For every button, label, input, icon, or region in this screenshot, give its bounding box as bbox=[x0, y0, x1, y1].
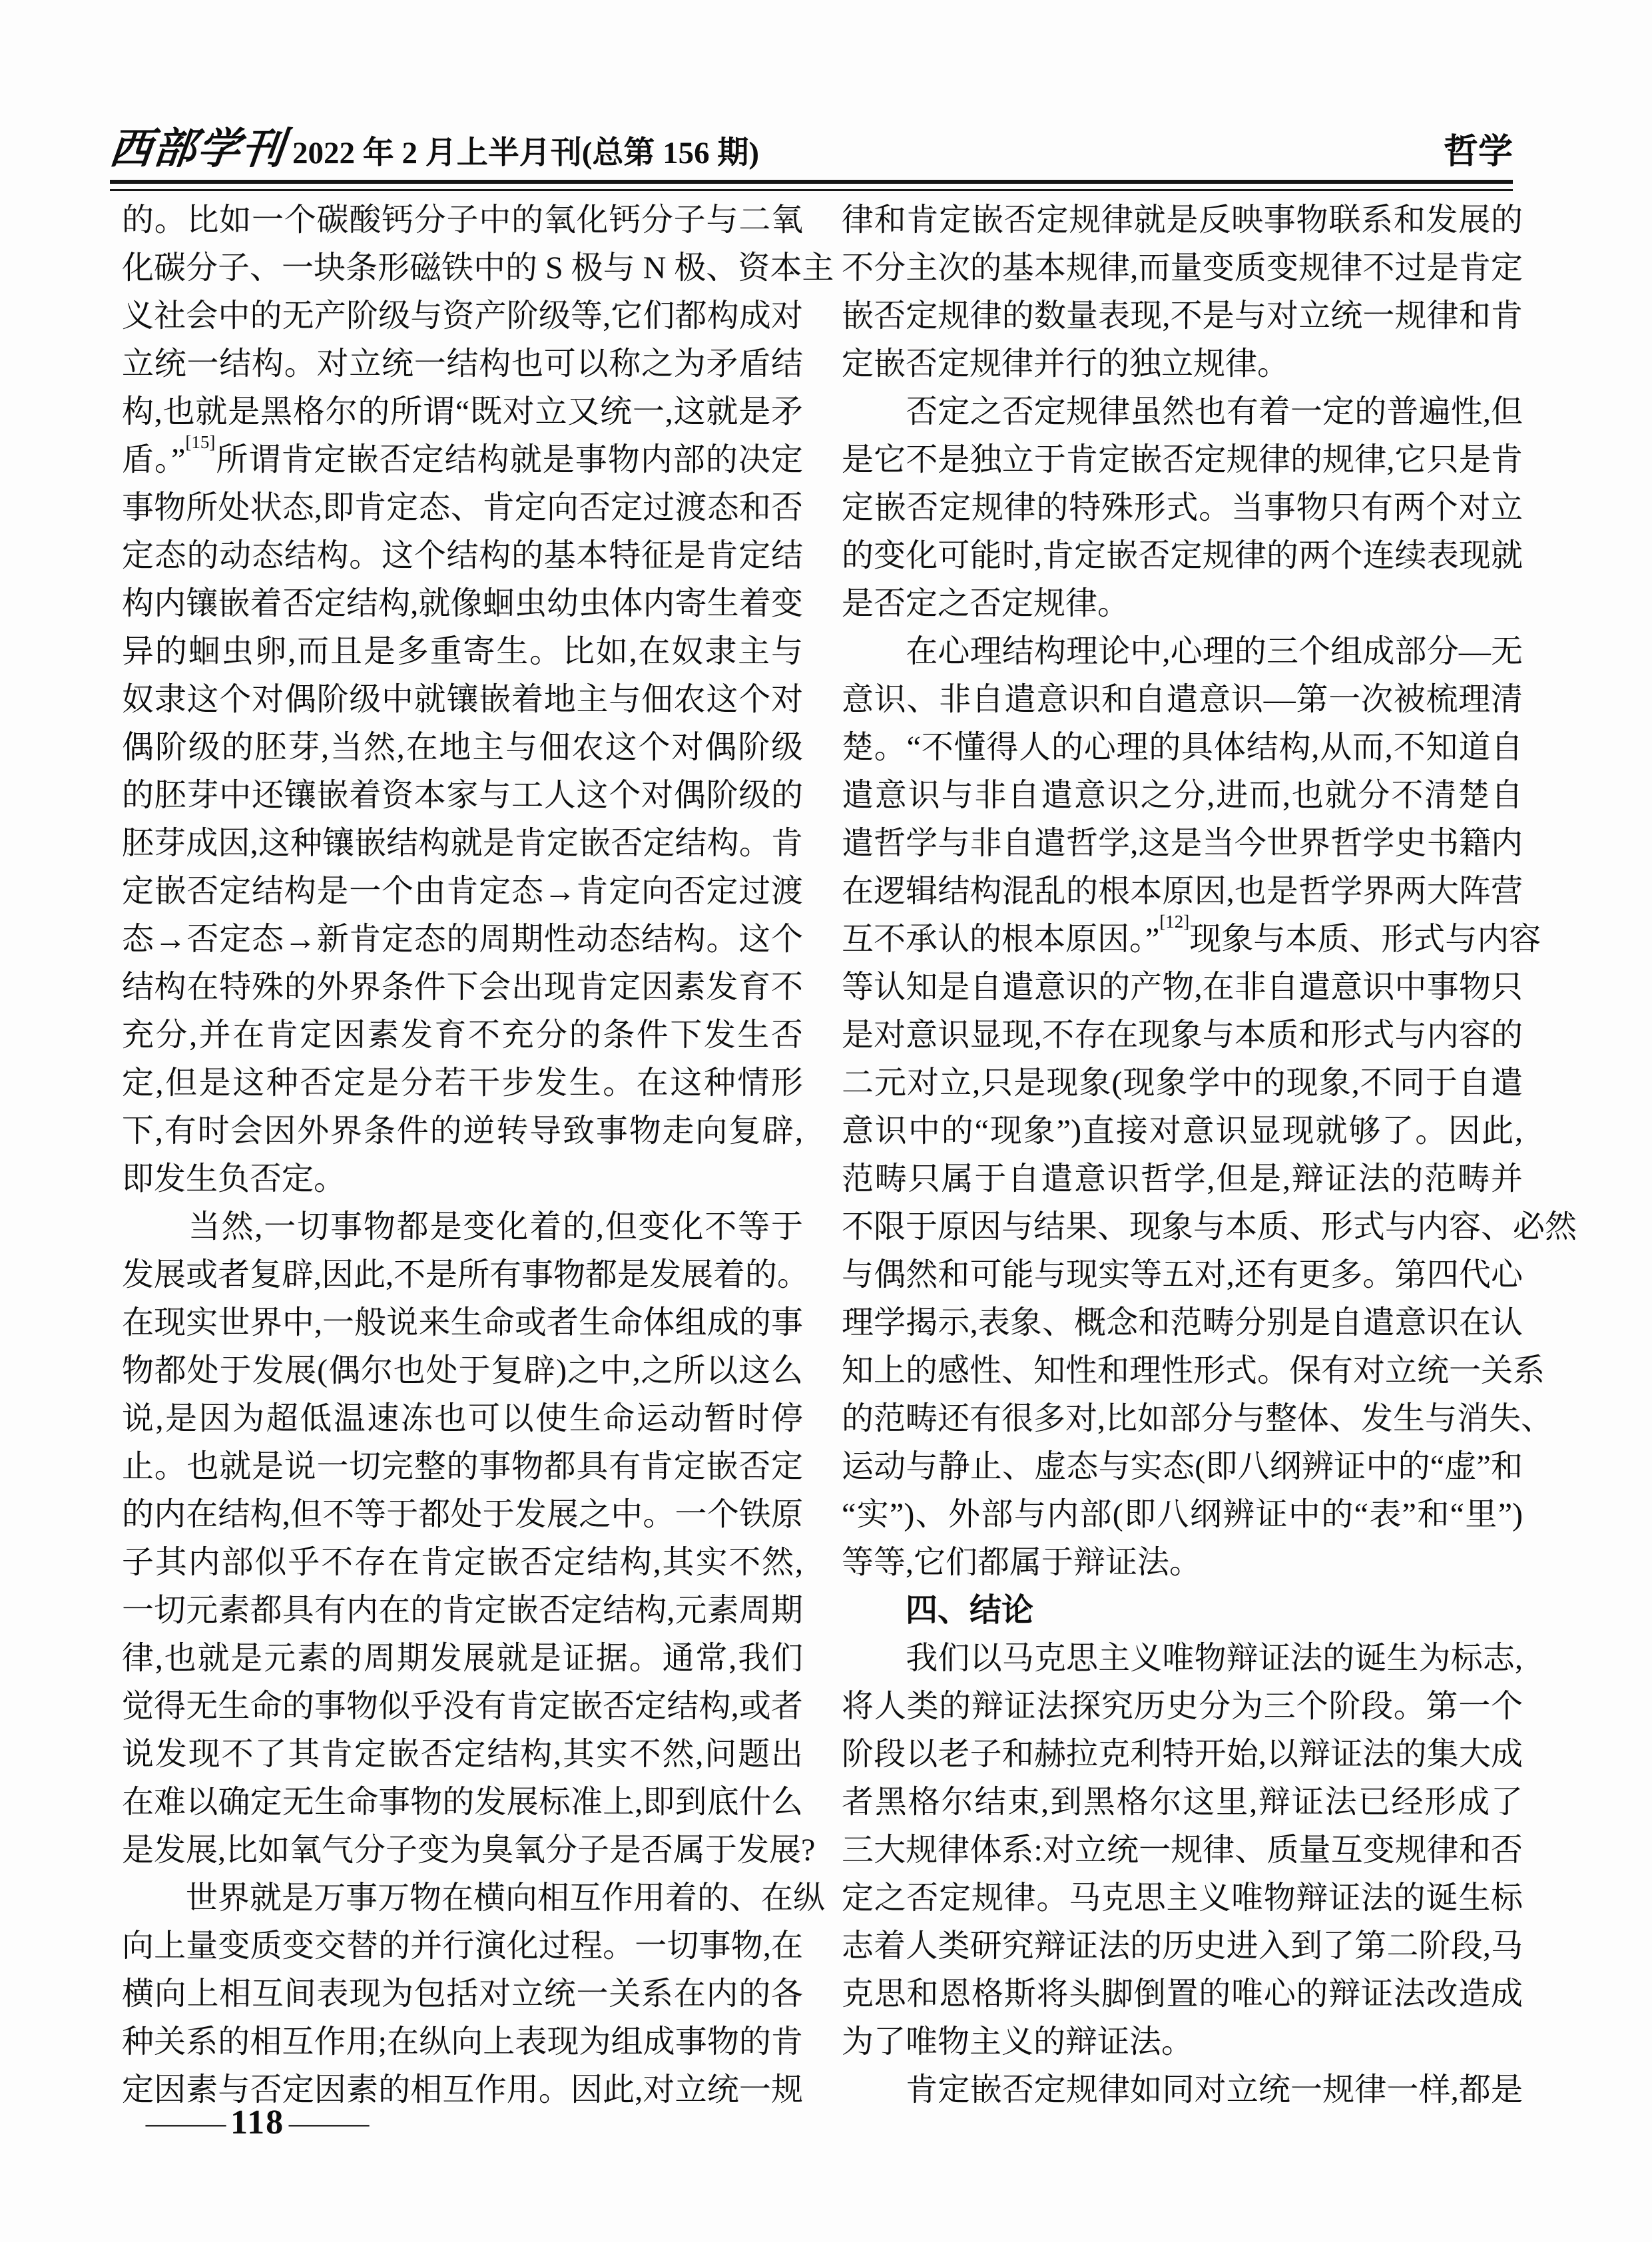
text-line: 子其内部似乎不存在肯定嵌否定结构,其实不然, bbox=[122, 1539, 803, 1587]
text-line: 克思和恩格斯将头脚倒置的唯心的辩证法改造成 bbox=[842, 1970, 1523, 2018]
section-heading: 四、结论 bbox=[842, 1587, 1523, 1635]
text-line: 不限于原因与结果、现象与本质、形式与内容、必然 bbox=[842, 1203, 1523, 1251]
text-line: 等认知是自遣意识的产物,在非自遣意识中事物只 bbox=[842, 964, 1523, 1011]
text-line: 的范畴还有很多对,比如部分与整体、发生与消失、 bbox=[842, 1395, 1523, 1443]
text-line: 定态的动态结构。这个结构的基本特征是肯定结 bbox=[122, 532, 803, 580]
text-line: 楚。“不懂得人的心理的具体结构,从而,不知道自 bbox=[842, 724, 1523, 772]
text-line: 等等,它们都属于辩证法。 bbox=[842, 1539, 1523, 1587]
footer-dash-left: — bbox=[146, 2105, 226, 2140]
header-divider bbox=[110, 180, 1513, 191]
text-line: 律和肯定嵌否定规律就是反映事物联系和发展的 bbox=[842, 196, 1523, 244]
text-line: 二元对立,只是现象(现象学中的现象,不同于自遣 bbox=[842, 1059, 1523, 1107]
text-line: 嵌否定规律的数量表现,不是与对立统一规律和肯 bbox=[842, 292, 1523, 340]
text-line: 胚芽成因,这种镶嵌结构就是肯定嵌否定结构。肯 bbox=[122, 820, 803, 868]
text-line: 运动与静止、虚态与实态(即八纲辨证中的“虚”和 bbox=[842, 1443, 1523, 1491]
text-line: 一切元素都具有内在的肯定嵌否定结构,元素周期 bbox=[122, 1587, 803, 1635]
text-line: 的。比如一个碳酸钙分子中的氧化钙分子与二氧 bbox=[122, 196, 803, 244]
text-line: 阶段以老子和赫拉克利特开始,以辩证法的集大成 bbox=[842, 1731, 1523, 1779]
text-line: 奴隶这个对偶阶级中就镶嵌着地主与佃农这个对 bbox=[122, 676, 803, 724]
citation-reference: [12] bbox=[1159, 912, 1189, 932]
text-line: 偶阶级的胚芽,当然,在地主与佃农这个对偶阶级 bbox=[122, 724, 803, 772]
text-line: 律,也就是元素的周期发展就是证据。通常,我们 bbox=[122, 1635, 803, 1683]
text-line: 世界就是万事万物在横向相互作用着的、在纵 bbox=[122, 1874, 803, 1922]
text-segment: 现象与本质、形式与内容 bbox=[1189, 922, 1541, 957]
text-line: 理学揭示,表象、概念和范畴分别是自遣意识在认 bbox=[842, 1299, 1523, 1347]
page-footer: — 118 — bbox=[141, 2099, 374, 2145]
text-line: 是否定之否定规律。 bbox=[842, 580, 1523, 628]
text-line: 是发展,比如氧气分子变为臭氧分子是否属于发展? bbox=[122, 1826, 803, 1874]
page-number: 118 bbox=[230, 2103, 284, 2142]
text-line: 是对意识显现,不存在现象与本质和形式与内容的 bbox=[842, 1011, 1523, 1059]
text-line: 互不承认的根本原因。”[12]现象与本质、形式与内容 bbox=[842, 916, 1523, 964]
section-label: 哲学 bbox=[1444, 123, 1513, 173]
text-line: 义社会中的无产阶级与资产阶级等,它们都构成对 bbox=[122, 292, 803, 340]
text-line: 遣意识与非自遣意识之分,进而,也就分不清楚自 bbox=[842, 772, 1523, 820]
text-line: 在难以确定无生命事物的发展标准上,即到底什么 bbox=[122, 1779, 803, 1826]
text-segment: 互不承认的根本原因。” bbox=[842, 922, 1159, 957]
text-line: 在现实世界中,一般说来生命或者生命体组成的事 bbox=[122, 1299, 803, 1347]
text-line: 说发现不了其肯定嵌否定结构,其实不然,问题出 bbox=[122, 1731, 803, 1779]
text-line: 是它不是独立于肯定嵌否定规律的规律,它只是肯 bbox=[842, 436, 1523, 484]
text-line: 的内在结构,但不等于都处于发展之中。一个铁原 bbox=[122, 1491, 803, 1539]
text-line: 当然,一切事物都是变化着的,但变化不等于 bbox=[122, 1203, 803, 1251]
text-line: 志着人类研究辩证法的历史进入到了第二阶段,马 bbox=[842, 1922, 1523, 1970]
text-line: 下,有时会因外界条件的逆转导致事物走向复辟, bbox=[122, 1107, 803, 1155]
text-line: 盾。”[15]所谓肯定嵌否定结构就是事物内部的决定 bbox=[122, 436, 803, 484]
right-column: 律和肯定嵌否定规律就是反映事物联系和发展的不分主次的基本规律,而量变质变规律不过… bbox=[842, 196, 1523, 2114]
text-line: 不分主次的基本规律,而量变质变规律不过是肯定 bbox=[842, 244, 1523, 292]
text-line: 构内镶嵌着否定结构,就像蛔虫幼虫体内寄生着变 bbox=[122, 580, 803, 628]
text-line: 意识、非自遣意识和自遣意识—第一次被梳理清 bbox=[842, 676, 1523, 724]
left-column: 的。比如一个碳酸钙分子中的氧化钙分子与二氧化碳分子、一块条形磁铁中的 S 极与 … bbox=[122, 196, 803, 2114]
text-line: 定,但是这种否定是分若干步发生。在这种情形 bbox=[122, 1059, 803, 1107]
text-line: 范畴只属于自遣意识哲学,但是,辩证法的范畴并 bbox=[842, 1155, 1523, 1203]
text-line: 否定之否定规律虽然也有着一定的普遍性,但 bbox=[842, 388, 1523, 436]
citation-reference: [15] bbox=[185, 432, 215, 452]
text-line: 将人类的辩证法探究历史分为三个阶段。第一个 bbox=[842, 1683, 1523, 1731]
text-line: 止。也就是说一切完整的事物都具有肯定嵌否定 bbox=[122, 1443, 803, 1491]
text-line: 构,也就是黑格尔的所谓“既对立又统一,这就是矛 bbox=[122, 388, 803, 436]
text-line: 遣哲学与非自遣哲学,这是当今世界哲学史书籍内 bbox=[842, 820, 1523, 868]
text-line: 结构在特殊的外界条件下会出现肯定因素发育不 bbox=[122, 964, 803, 1011]
text-line: 的胚芽中还镶嵌着资本家与工人这个对偶阶级的 bbox=[122, 772, 803, 820]
text-line: 种关系的相互作用;在纵向上表现为组成事物的肯 bbox=[122, 2018, 803, 2066]
journal-logo: 西部学刊 bbox=[107, 115, 289, 176]
text-line: 定嵌否定规律并行的独立规律。 bbox=[842, 340, 1523, 388]
text-line: 充分,并在肯定因素发育不充分的条件下发生否 bbox=[122, 1011, 803, 1059]
text-line: 向上量变质变交替的并行演化过程。一切事物,在 bbox=[122, 1922, 803, 1970]
text-line: 态→否定态→新肯定态的周期性动态结构。这个 bbox=[122, 916, 803, 964]
text-line: 定嵌否定规律的特殊形式。当事物只有两个对立 bbox=[842, 484, 1523, 532]
text-line: 肯定嵌否定规律如同对立统一规律一样,都是 bbox=[842, 2066, 1523, 2114]
text-line: 定之否定规律。马克思主义唯物辩证法的诞生标 bbox=[842, 1874, 1523, 1922]
text-segment: 盾。” bbox=[122, 442, 185, 477]
text-line: 为了唯物主义的辩证法。 bbox=[842, 2018, 1523, 2066]
text-line: “实”)、外部与内部(即八纲辨证中的“表”和“里”) bbox=[842, 1491, 1523, 1539]
text-line: 发展或者复辟,因此,不是所有事物都是发展着的。 bbox=[122, 1251, 803, 1299]
text-line: 三大规律体系:对立统一规律、质量互变规律和否 bbox=[842, 1826, 1523, 1874]
text-line: 即发生负否定。 bbox=[122, 1155, 803, 1203]
text-line: 化碳分子、一块条形磁铁中的 S 极与 N 极、资本主 bbox=[122, 244, 803, 292]
text-line: 横向上相互间表现为包括对立统一关系在内的各 bbox=[122, 1970, 803, 2018]
text-line: 事物所处状态,即肯定态、肯定向否定过渡态和否 bbox=[122, 484, 803, 532]
text-line: 立统一结构。对立统一结构也可以称之为矛盾结 bbox=[122, 340, 803, 388]
text-line: 在心理结构理论中,心理的三个组成部分—无 bbox=[842, 628, 1523, 676]
text-line: 的变化可能时,肯定嵌否定规律的两个连续表现就 bbox=[842, 532, 1523, 580]
issue-info: 2022 年 2 月上半月刊(总第 156 期) bbox=[292, 128, 759, 172]
article-body: 的。比如一个碳酸钙分子中的氧化钙分子与二氧化碳分子、一块条形磁铁中的 S 极与 … bbox=[122, 196, 1523, 2114]
text-line: 物都处于发展(偶尔也处于复辟)之中,之所以这么 bbox=[122, 1347, 803, 1395]
text-line: 说,是因为超低温速冻也可以使生命运动暂时停 bbox=[122, 1395, 803, 1443]
text-line: 知上的感性、知性和理性形式。保有对立统一关系 bbox=[842, 1347, 1523, 1395]
text-line: 定嵌否定结构是一个由肯定态→肯定向否定过渡 bbox=[122, 868, 803, 916]
text-segment: 所谓肯定嵌否定结构就是事物内部的决定 bbox=[215, 442, 803, 477]
text-line: 与偶然和可能与现实等五对,还有更多。第四代心 bbox=[842, 1251, 1523, 1299]
text-line: 在逻辑结构混乱的根本原因,也是哲学界两大阵营 bbox=[842, 868, 1523, 916]
text-line: 觉得无生命的事物似乎没有肯定嵌否定结构,或者 bbox=[122, 1683, 803, 1731]
text-line: 我们以马克思主义唯物辩证法的诞生为标志, bbox=[842, 1635, 1523, 1683]
page-header: 西部学刊 2022 年 2 月上半月刊(总第 156 期) 哲学 bbox=[110, 115, 1513, 170]
text-line: 者黑格尔结束,到黑格尔这里,辩证法已经形成了 bbox=[842, 1779, 1523, 1826]
text-line: 异的蛔虫卵,而且是多重寄生。比如,在奴隶主与 bbox=[122, 628, 803, 676]
footer-dash-right: — bbox=[289, 2105, 369, 2140]
text-line: 意识中的“现象”)直接对意识显现就够了。因此, bbox=[842, 1107, 1523, 1155]
